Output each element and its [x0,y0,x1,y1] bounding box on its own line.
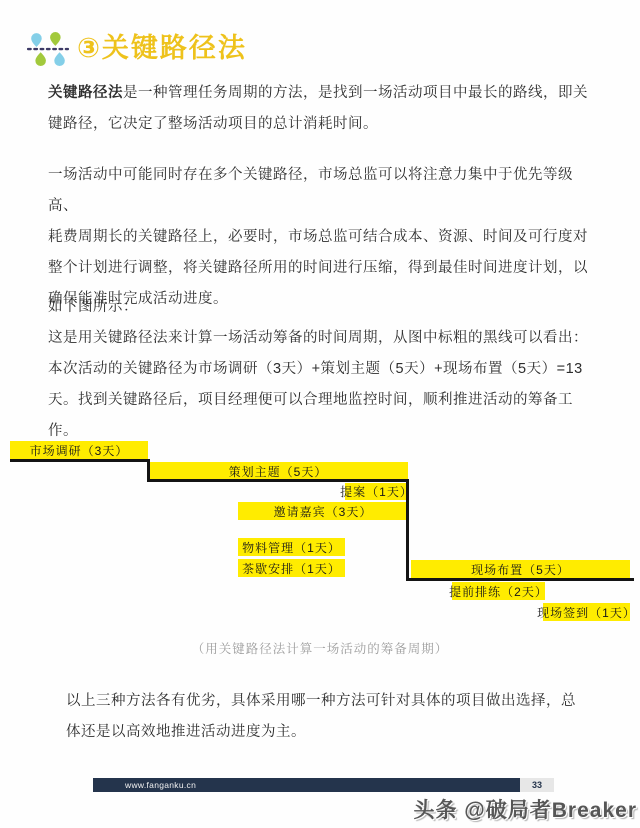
gantt-chart: 市场调研（3天）策划主题（5天）提案（1天）邀请嘉宾（3天）物料管理（1天）茶歇… [0,435,640,631]
gantt-task-bar-4: 物料管理（1天） [238,538,345,556]
critical-path-line-3 [406,479,409,581]
gantt-task-bar-8: 现场签到（1天） [543,603,630,621]
droplets-dashed-line-logo-icon [27,27,69,69]
section-header: ③关键路径法 [27,27,247,69]
gantt-task-bar-0: 市场调研（3天） [10,441,148,459]
paragraph-definition: 关键路径法是一种管理任务周期的方法，是找到一场活动项目中最长的路线，即关 键路径… [48,78,594,140]
figure-caption: （用关键路径法计算一场活动的筹备周期） [0,639,640,657]
paragraph-text: 是一种管理任务周期的方法，是找到一场活动项目中最长的路线，即关 键路径，它决定了… [48,85,588,132]
gantt-task-bar-3: 邀请嘉宾（3天） [238,502,408,520]
bold-term: 关键路径法 [48,85,123,101]
gantt-task-bar-2: 提案（1天） [345,483,408,500]
gantt-task-bar-6: 现场布置（5天） [411,560,630,578]
paragraph-conclusion: 以上三种方法各有优劣，具体采用哪一种方法可针对具体的项目做出选择，总 体还是以高… [66,686,594,748]
gantt-task-bar-5: 茶歇安排（1天） [238,559,345,577]
watermark-text: 头条 @破局者Breaker [413,794,637,824]
footer-bar: www.fanganku.cn [93,778,520,792]
page-container: ③关键路径法 关键路径法是一种管理任务周期的方法，是找到一场活动项目中最长的路线… [0,0,640,828]
gantt-task-bar-7: 提前排练（2天） [452,582,545,600]
critical-path-line-2 [147,479,409,482]
footer-url: www.fanganku.cn [93,780,196,790]
gantt-task-bar-1: 策划主题（5天） [148,462,408,480]
page-number: 33 [520,778,554,792]
critical-path-line-4 [406,578,634,581]
critical-path-line-0 [10,459,150,462]
paragraph-figure-intro: 如下图所示： 这是用关键路径法来计算一场活动筹备的时间周期，从图中标粗的黑线可以… [48,292,594,447]
page-title: ③关键路径法 [77,27,247,69]
